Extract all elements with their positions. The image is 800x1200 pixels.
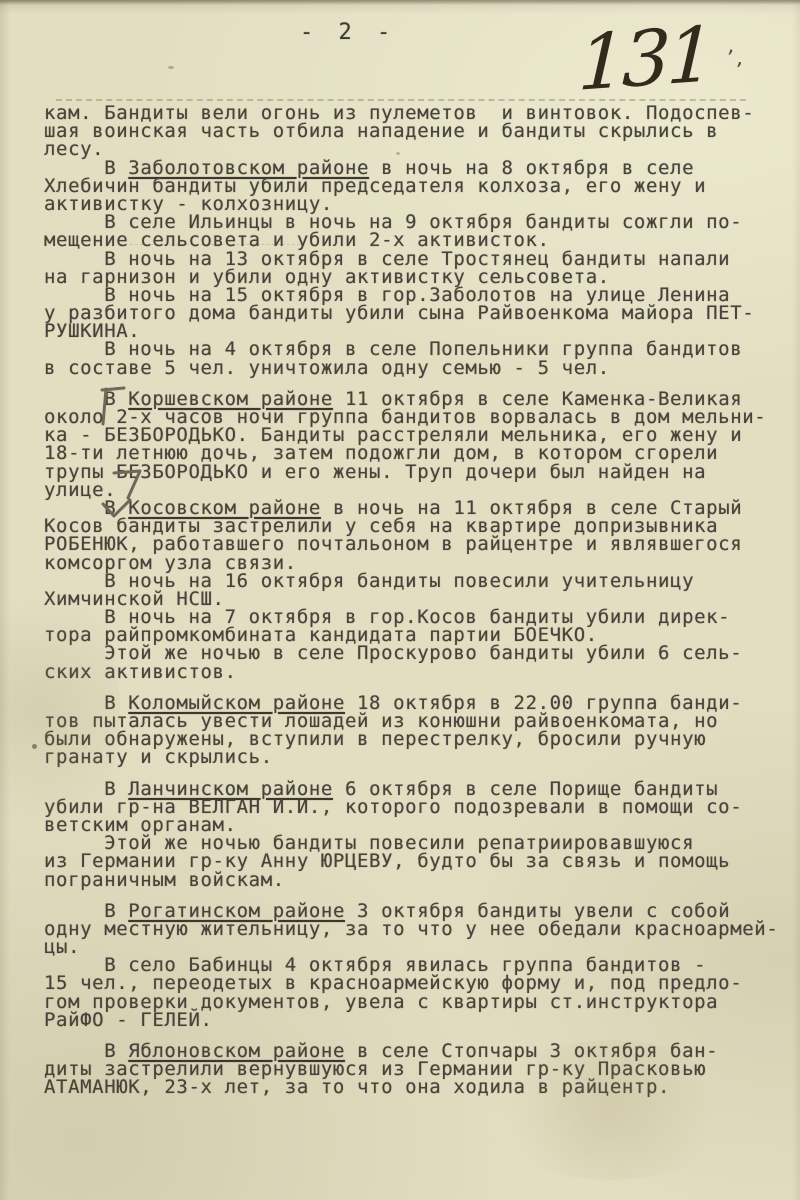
page-number: - 2 -: [300, 20, 396, 45]
text-line: РайФО - ГЕЛЕЙ.: [44, 1011, 800, 1029]
paragraph: В Рогатинском районе 3 октября бандиты у…: [44, 902, 800, 957]
text-line: Этой же ночью в селе Проскурово бандиты …: [44, 644, 800, 662]
text-line: трупы БЕЗБОРОДЬКО и его жены. Труп дочер…: [44, 463, 800, 481]
document-page: - 2 - 131 ’, кам. Бандиты вели огонь из …: [0, 0, 800, 1200]
text-line: ских активистов.: [44, 663, 800, 681]
text-line: 18-ти летнюю дочь, затем подожгли дом, в…: [44, 444, 800, 462]
text-line: гранату и скрылись.: [44, 748, 800, 766]
text-line: В ночь на 13 октября в селе Тростянец ба…: [44, 250, 800, 268]
paragraph: В ночь на 4 октября в селе Попельники гр…: [44, 340, 800, 376]
ink-speck-quote: ’,: [723, 47, 747, 71]
paragraph: В ночь на 7 октября в гор.Косов бандиты …: [44, 608, 800, 644]
paragraph: В Коломыйском районе 18 октября в 22.00 …: [44, 694, 800, 767]
paper-stain: [480, 1040, 740, 1180]
text-line: РОБЕНЮК, работавшего почтальоном в райце…: [44, 535, 800, 553]
paragraph: В Косовском районе в ночь на 11 октября …: [44, 499, 800, 572]
text-line: пограничным войскам.: [44, 871, 800, 889]
folio-handwritten-number: 131: [577, 9, 713, 108]
paragraph: Этой же ночью бандиты повесили репатриир…: [44, 834, 800, 889]
ink-speck: [396, 152, 400, 155]
paragraph: В ночь на 15 октября в гор.Заболотов на …: [44, 286, 800, 341]
text-line: мещение сельсовета и убили 2-х активисто…: [44, 231, 800, 249]
paragraph: В селе Ильинцы в ночь на 9 октября банди…: [44, 213, 800, 249]
text-line: в составе 5 чел. уничтожила одну семью -…: [44, 359, 800, 377]
paragraph: В село Бабинцы 4 октября явилась группа …: [44, 956, 800, 1029]
paragraph: кам. Бандиты вели огонь из пулеметов и в…: [44, 104, 800, 159]
text-line: В ночь на 4 октября в селе Попельники гр…: [44, 340, 800, 358]
paragraph: В Заболотовском районе в ночь на 8 октяб…: [44, 159, 800, 214]
text-line: у разбитого дома бандиты убили сына Райв…: [44, 304, 800, 322]
text-line: одну местную жительницу, за то что у нее…: [44, 920, 800, 938]
ink-speck: [168, 66, 174, 69]
paragraph: Этой же ночью в селе Проскурово бандиты …: [44, 644, 800, 680]
paragraph: В ночь на 13 октября в селе Тростянец ба…: [44, 250, 800, 286]
text-line: 15 чел., переодетых в красноармейскую фо…: [44, 974, 800, 992]
text-line: комсоргом узла связи.: [44, 554, 800, 572]
paragraph: В ночь на 16 октября бандиты повесили уч…: [44, 572, 800, 608]
paragraph: В Коршевском районе 11 октября в селе Ка…: [44, 390, 800, 499]
text-line: из Германии гр-ку Анну ЮРЦЕВУ, будто бы …: [44, 852, 800, 870]
paper-top-edge: [0, 0, 800, 5]
paragraph: В Ланчинском районе 6 октября в селе Пор…: [44, 780, 800, 835]
document-body: кам. Бандиты вели огонь из пулеметов и в…: [44, 104, 800, 1097]
text-line: шая воинская часть отбила нападение и ба…: [44, 122, 800, 140]
